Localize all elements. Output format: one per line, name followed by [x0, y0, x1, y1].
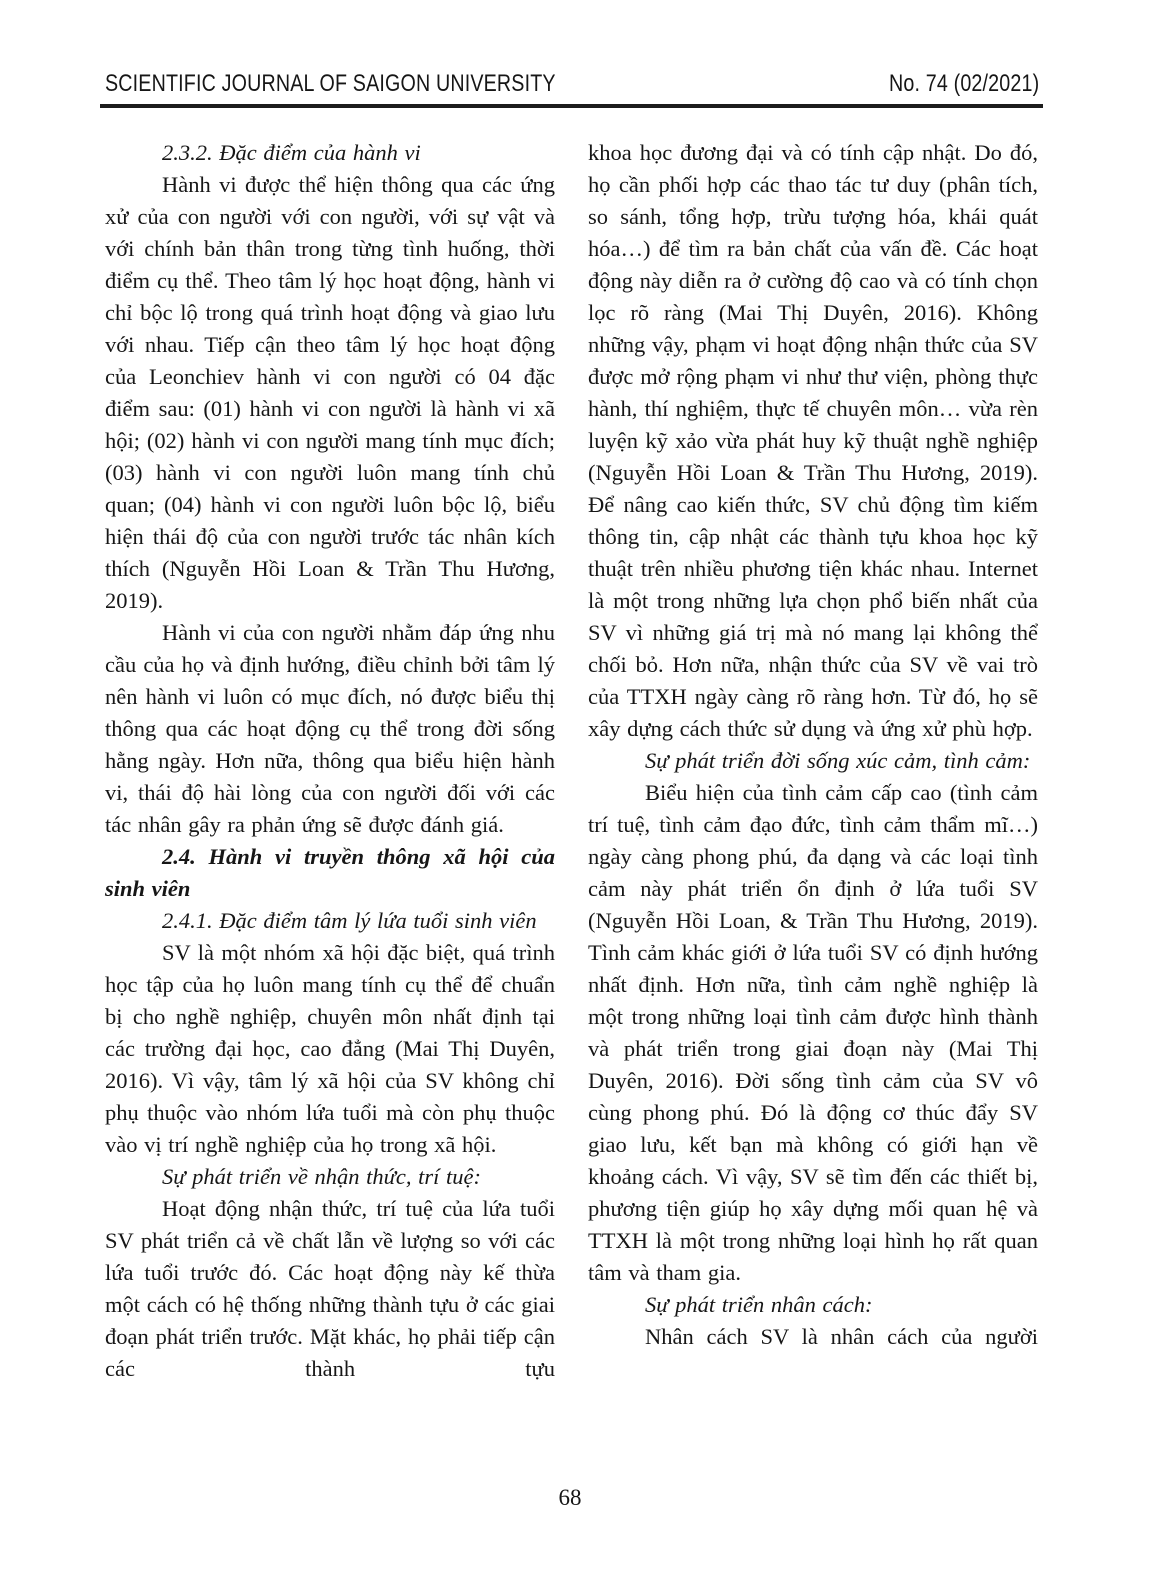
page-footer: 68: [105, 1485, 1035, 1511]
right-column: khoa học đương đại và có tính cập nhật. …: [588, 137, 1038, 1385]
section-heading: 2.3.2. Đặc điểm của hành vi: [105, 137, 555, 169]
page-header: SCIENTIFIC JOURNAL OF SAIGON UNIVERSITY …: [105, 70, 1039, 98]
paragraph: khoa học đương đại và có tính cập nhật. …: [588, 137, 1038, 745]
section-heading: Sự phát triển về nhận thức, trí tuệ:: [105, 1161, 555, 1193]
paragraph: Hành vi của con người nhằm đáp ứng nhu c…: [105, 617, 555, 841]
paragraph: Nhân cách SV là nhân cách của người: [588, 1321, 1038, 1353]
left-column: 2.3.2. Đặc điểm của hành viHành vi được …: [105, 137, 555, 1385]
journal-name: SCIENTIFIC JOURNAL OF SAIGON UNIVERSITY: [105, 70, 556, 98]
journal-page: SCIENTIFIC JOURNAL OF SAIGON UNIVERSITY …: [0, 0, 1151, 1594]
section-heading: Sự phát triển nhân cách:: [588, 1289, 1038, 1321]
section-heading: 2.4. Hành vi truyền thông xã hội của sin…: [105, 841, 555, 905]
section-heading: 2.4.1. Đặc điểm tâm lý lứa tuổi sinh viê…: [105, 905, 555, 937]
article-body: 2.3.2. Đặc điểm của hành viHành vi được …: [105, 137, 1038, 1385]
paragraph: Hoạt động nhận thức, trí tuệ của lứa tuổ…: [105, 1193, 555, 1385]
paragraph: Hành vi được thể hiện thông qua các ứng …: [105, 169, 555, 617]
issue-number: No. 74 (02/2021): [889, 70, 1039, 98]
header-divider-rule: [100, 104, 1043, 108]
section-heading: Sự phát triển đời sống xúc cảm, tình cảm…: [588, 745, 1038, 777]
page-number: 68: [559, 1485, 582, 1510]
paragraph: Biểu hiện của tình cảm cấp cao (tình cảm…: [588, 777, 1038, 1289]
paragraph: SV là một nhóm xã hội đặc biệt, quá trìn…: [105, 937, 555, 1161]
